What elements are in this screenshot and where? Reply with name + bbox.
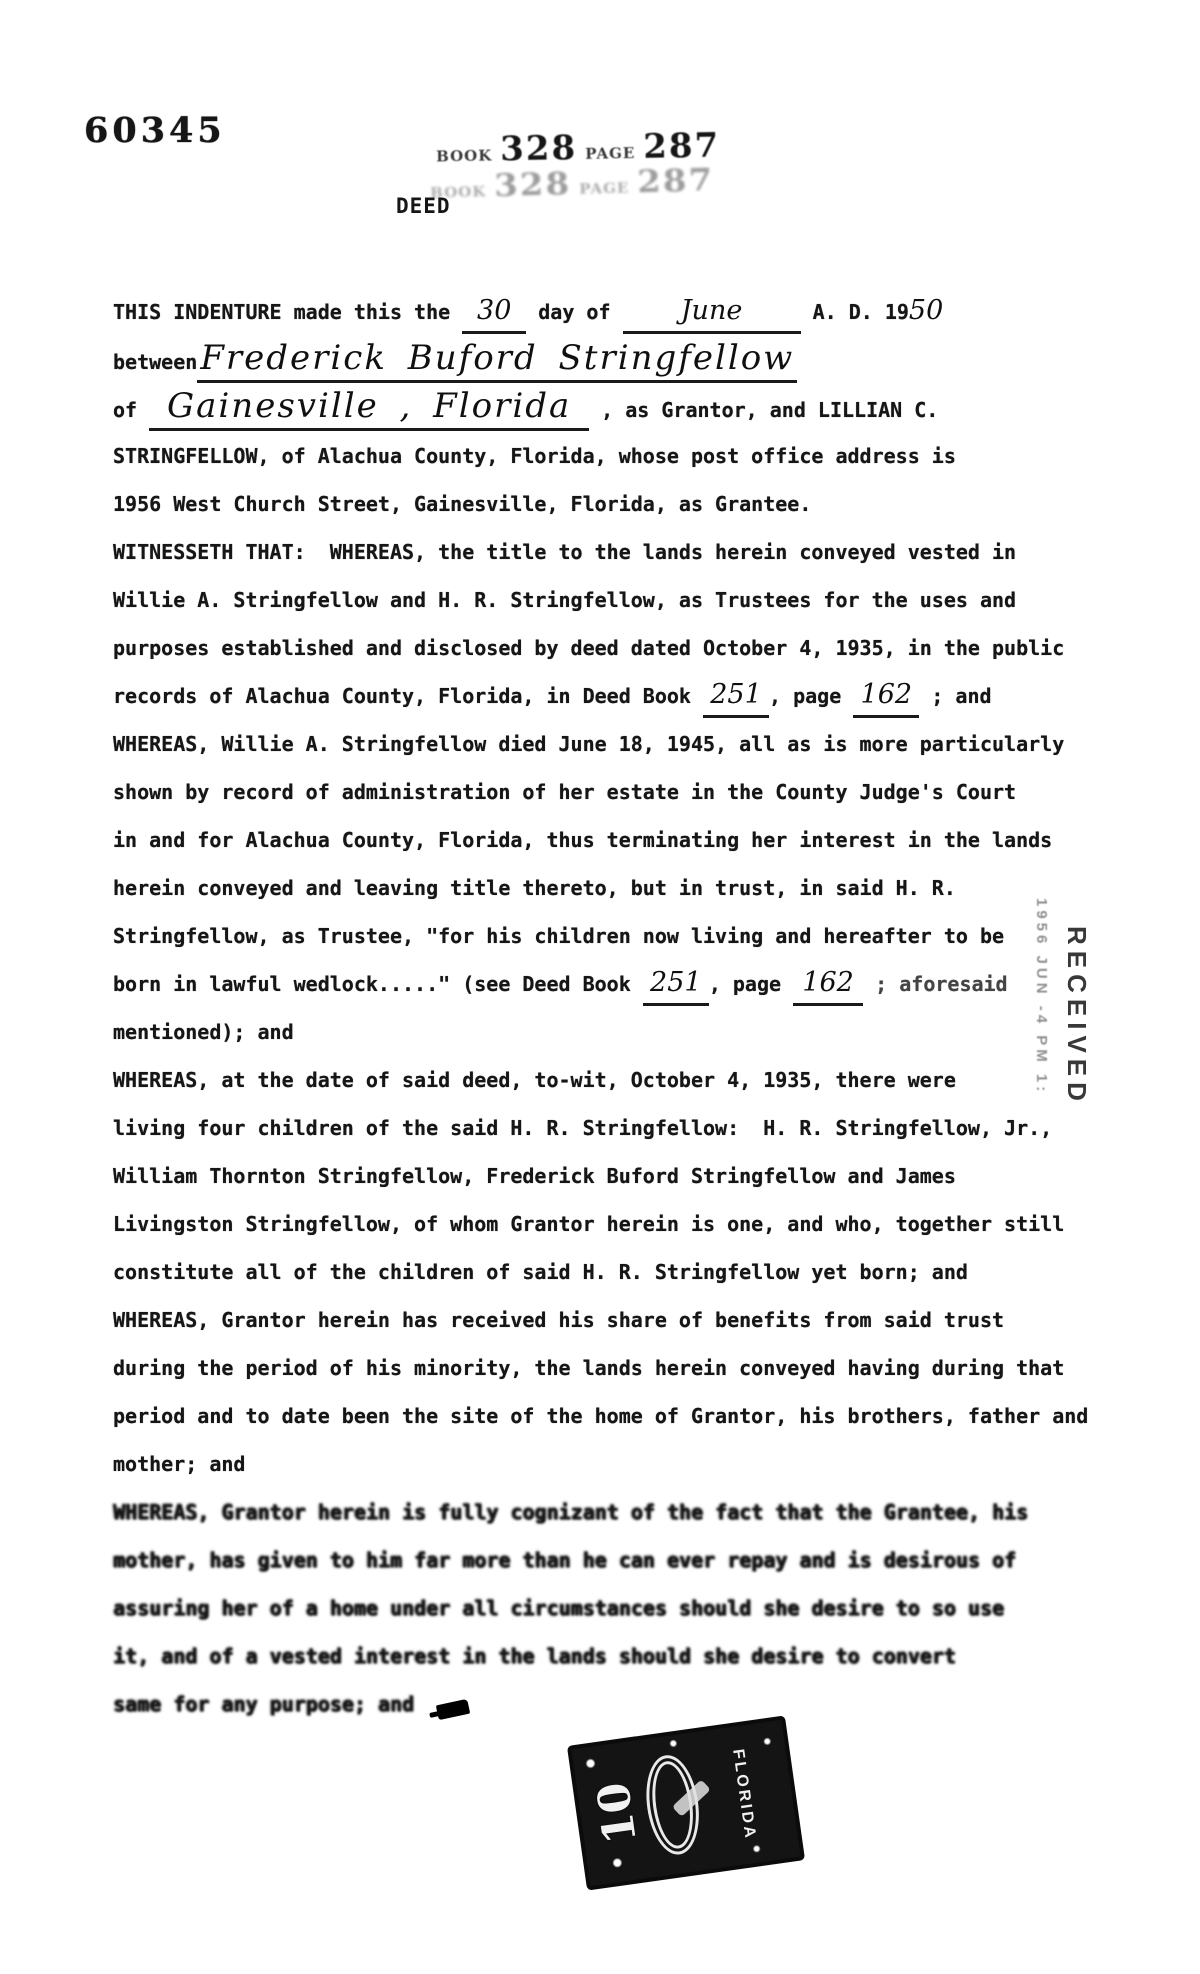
document-line: herein conveyed and leaving title theret… [113,864,1108,912]
page-number: 287 [643,126,721,167]
handwritten-entry: 251 [703,675,769,718]
typed-text: records of Alachua County, Florida, in D… [113,684,703,708]
handwritten-entry: 30 [462,291,526,334]
typed-text: mother; and [113,1452,245,1476]
document-line: Stringfellow, as Trustee, "for his child… [113,912,1108,960]
page-title: DEED [396,194,451,218]
ghost-page-label: PAGE [579,180,629,198]
typed-text: mother, has given to him far more than h… [113,1548,1016,1572]
document-line: Willie A. Stringfellow and H. R. Stringf… [113,576,1108,624]
document-line: records of Alachua County, Florida, in D… [113,672,1108,720]
document-line: purposes established and disclosed by de… [113,624,1108,672]
typed-text: Livingston Stringfellow, of whom Grantor… [113,1212,1064,1236]
document-line: mentioned); and [113,1008,1108,1056]
typed-text: period and to date been the site of the … [113,1404,1088,1428]
typed-text: constitute all of the children of said H… [113,1260,968,1284]
document-line: WHEREAS, at the date of said deed, to-wi… [113,1056,1108,1104]
handwritten-entry: Gainesville , Florida [149,384,589,431]
handwritten-entry: 162 [793,963,863,1006]
document-line: shown by record of administration of her… [113,768,1108,816]
typed-text: during the period of his minority, the l… [113,1356,1064,1380]
typed-text: assuring her of a home under all circums… [113,1596,1004,1620]
received-stamp: RECEIVED [1061,926,1092,1107]
typed-text: , page [709,972,793,996]
typed-text: 1956 West Church Street, Gainesville, Fl… [113,492,811,516]
typed-text: born in lawful wedlock....." (see Deed B… [113,972,643,996]
typed-text: WHEREAS, Grantor herein is fully cogniza… [113,1500,1028,1524]
typed-text: purposes established and disclosed by de… [113,636,1064,660]
handwritten-entry: 251 [643,963,709,1006]
document-line: WHEREAS, Willie A. Stringfellow died Jun… [113,720,1108,768]
typed-text: WHEREAS, at the date of said deed, to-wi… [113,1068,956,1092]
document-line: WHEREAS, Grantor herein has received his… [113,1296,1108,1344]
document-line: WHEREAS, Grantor herein is fully cogniza… [113,1488,1108,1536]
typed-text: THIS INDENTURE made this the [113,300,462,324]
typed-text: same for any purpose; and [113,1692,414,1716]
document-line: same for any purpose; and [113,1680,1108,1728]
typed-text: between [113,350,197,374]
document-line: mother, has given to him far more than h… [113,1536,1108,1584]
book-label: BOOK [436,147,492,166]
book-number: 328 [500,128,578,169]
document-line: constitute all of the children of said H… [113,1248,1108,1296]
scanned-deed-page: 60345 BOOK 328 PAGE 287 BOOK 328 PAGE 28… [0,0,1200,1974]
typed-text: shown by record of administration of her… [113,780,1016,804]
document-line: assuring her of a home under all circums… [113,1584,1108,1632]
typed-text: WHEREAS, Grantor herein has received his… [113,1308,1004,1332]
typed-text: it, and of a vested interest in the land… [113,1644,956,1668]
typed-text: A. D. 19 [801,300,909,324]
document-line: 1956 West Church Street, Gainesville, Fl… [113,480,1108,528]
handwritten-entry: 50 [909,291,943,331]
typed-text: STRINGFELLOW, of Alachua County, Florida… [113,444,956,468]
typed-text: ; and [919,684,991,708]
document-line: mother; and [113,1440,1108,1488]
typed-text: , page [769,684,853,708]
document-line: William Thornton Stringfellow, Frederick… [113,1152,1108,1200]
handwritten-entry: Frederick Buford Stringfellow [197,336,797,383]
typed-text: day of [526,300,622,324]
typed-text: of [113,398,149,422]
stamp-seal-icon [641,1752,705,1858]
document-line: in and for Alachua County, Florida, thus… [113,816,1108,864]
typed-text: Willie A. Stringfellow and H. R. Stringf… [113,588,1016,612]
typed-text: mentioned); and [113,1020,294,1044]
typed-text: herein conveyed and leaving title theret… [113,876,956,900]
document-line: Livingston Stringfellow, of whom Grantor… [113,1200,1108,1248]
handwritten-entry: 162 [853,675,919,718]
document-line: THIS INDENTURE made this the 30 day of J… [113,288,1108,336]
document-line: of Gainesville , Florida , as Grantor, a… [113,384,1108,432]
stamp-denomination: 10 [588,1779,647,1847]
document-line: living four children of the said H. R. S… [113,1104,1108,1152]
document-number: 60345 [84,110,226,151]
document-line: born in lawful wedlock....." (see Deed B… [113,960,1108,1008]
document-line: WITNESSETH THAT: WHEREAS, the title to t… [113,528,1108,576]
florida-revenue-stamp: 10 FLORIDA [567,1715,805,1890]
typed-text: WITNESSETH THAT: WHEREAS, the title to t… [113,540,1016,564]
document-line: betweenFrederick Buford Stringfellow [113,336,1108,384]
ghost-page-number: 287 [637,162,715,200]
typed-text: , as Grantor, and LILLIAN C. [589,398,938,422]
received-stamp-datetime: 1956 JUN -4 PM 1: [1033,898,1050,1095]
typed-text: Stringfellow, as Trustee, "for his child… [113,924,1004,948]
stamp-state-name: FLORIDA [728,1748,759,1842]
typed-text: WHEREAS, Willie A. Stringfellow died Jun… [113,732,1064,756]
handwritten-entry: June [623,291,801,334]
deed-body-text: THIS INDENTURE made this the 30 day of J… [113,288,1108,1728]
book-page-stamp-ghost: BOOK 328 PAGE 287 [430,162,715,205]
document-line: period and to date been the site of the … [113,1392,1108,1440]
typed-text: ; aforesaid [863,972,1008,996]
typed-text: in and for Alachua County, Florida, thus… [113,828,1052,852]
typed-text: William Thornton Stringfellow, Frederick… [113,1164,956,1188]
typed-text: living four children of the said H. R. S… [113,1116,1052,1140]
document-line: STRINGFELLOW, of Alachua County, Florida… [113,432,1108,480]
ghost-book-number: 328 [494,166,572,204]
page-label: PAGE [585,144,635,163]
document-line: it, and of a vested interest in the land… [113,1632,1108,1680]
document-line: during the period of his minority, the l… [113,1344,1108,1392]
